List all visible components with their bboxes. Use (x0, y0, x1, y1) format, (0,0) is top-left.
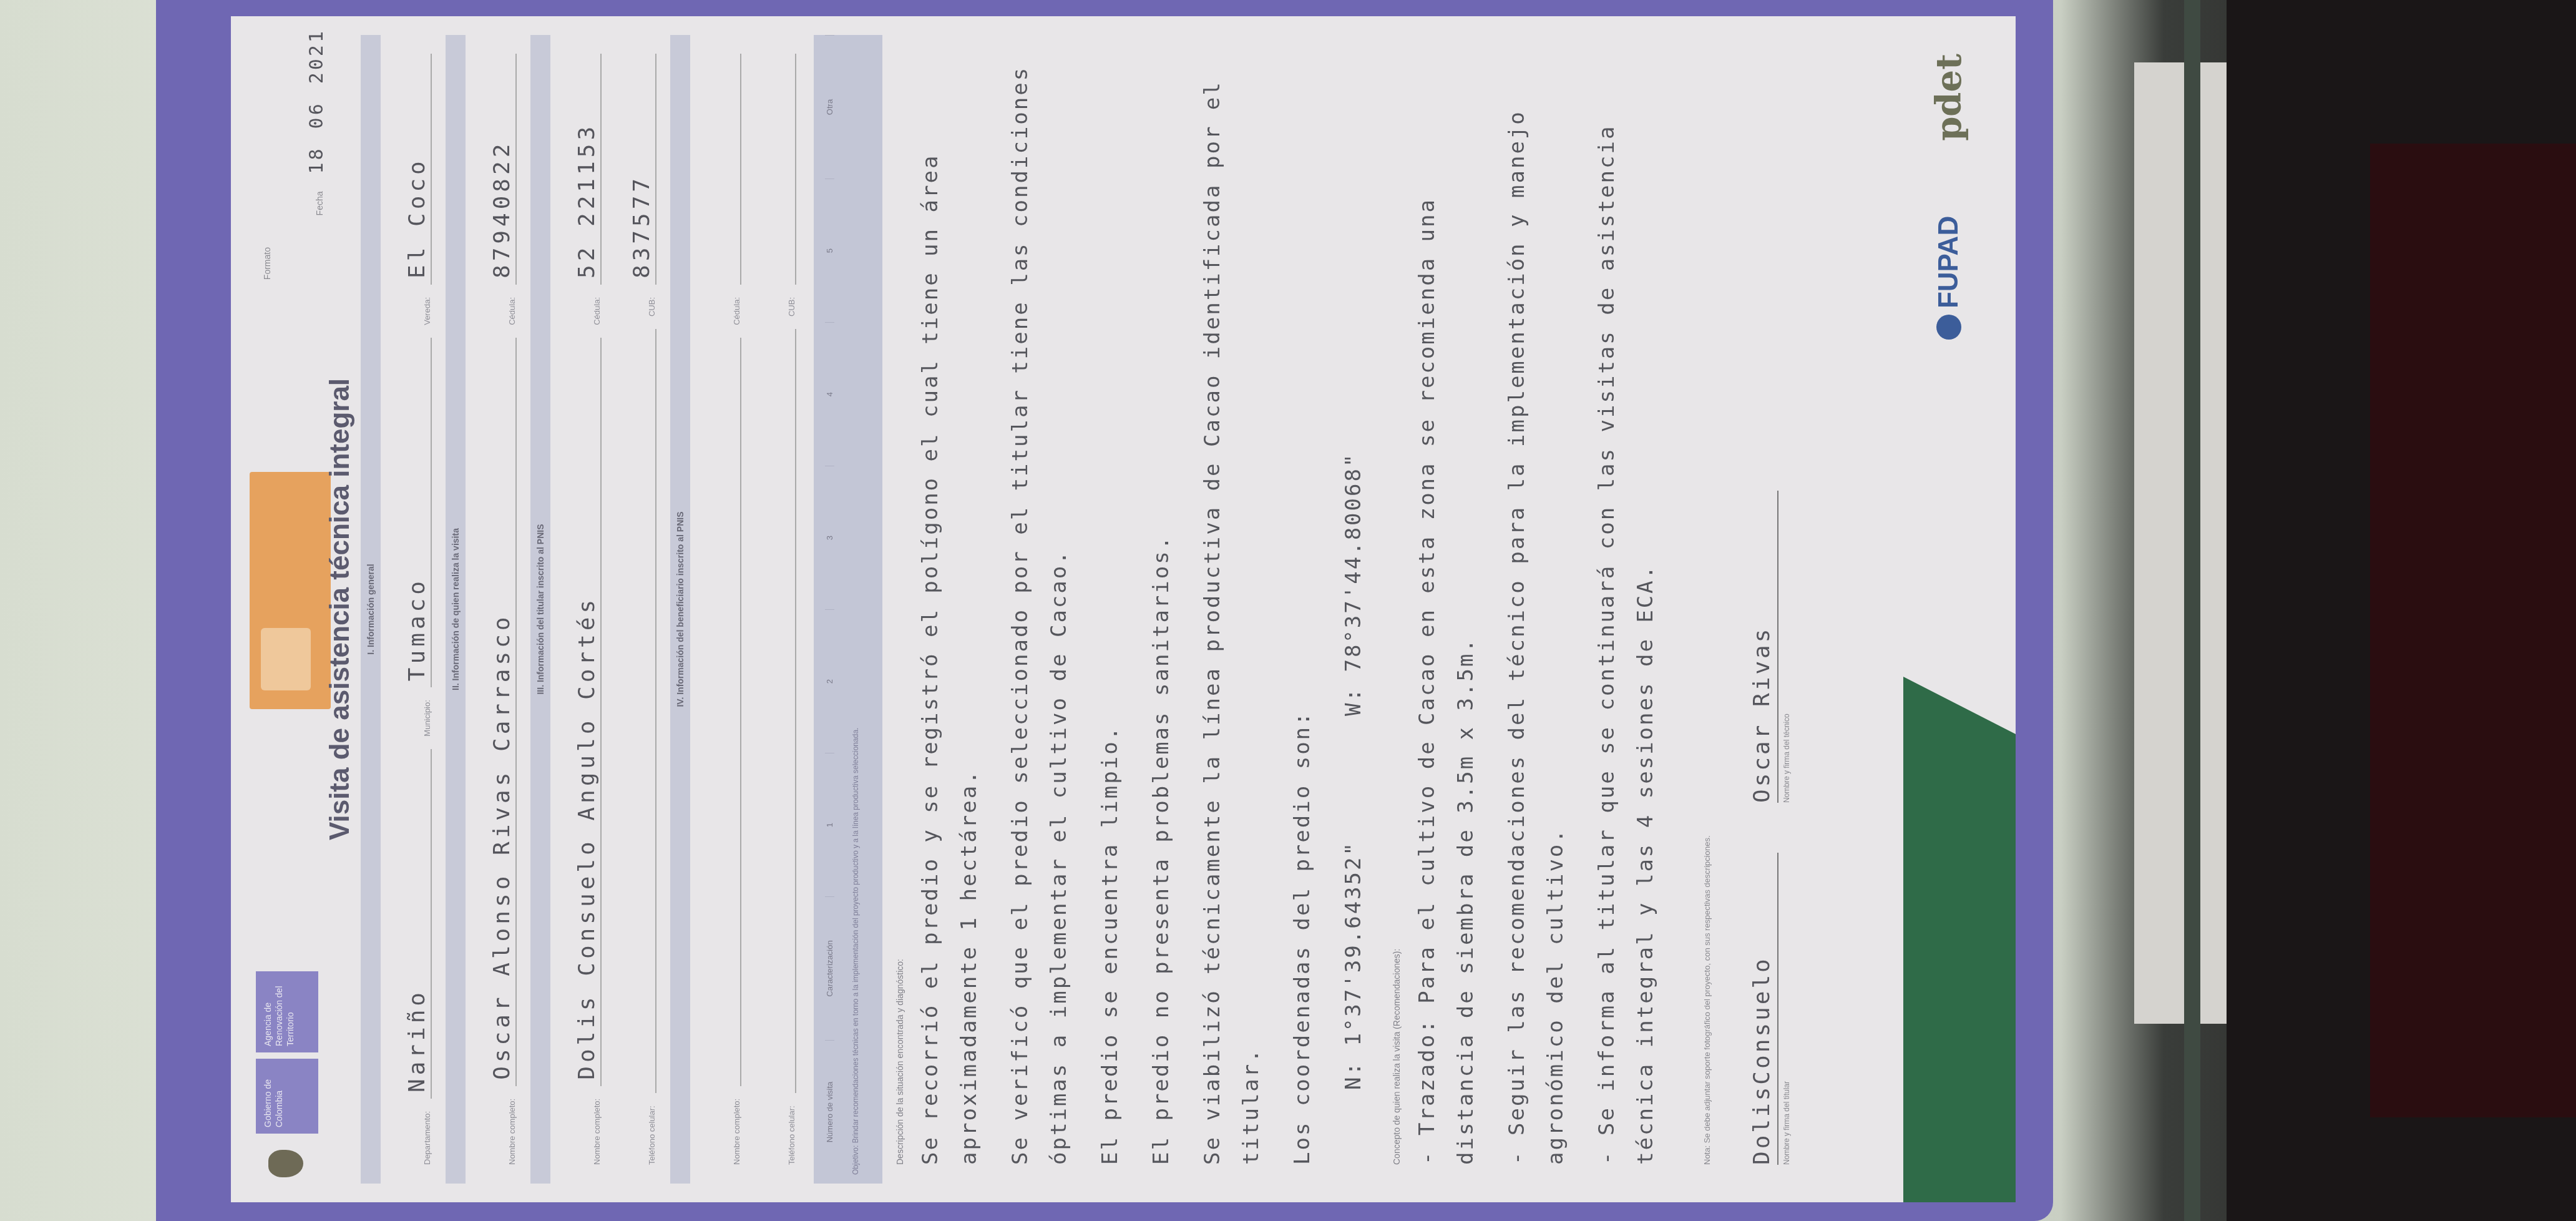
description-text[interactable]: Se recorrió el predio y se registró el p… (911, 54, 1373, 1165)
holder-signature-caption: Nombre y firma del titular (1782, 853, 1791, 1165)
form-page: Gobierno de Colombia Agencia de Renovaci… (231, 16, 2016, 1202)
beneficiary-contact-row: Teléfono celular: CUB: (750, 35, 805, 1184)
document-rotated: Gobierno de Colombia Agencia de Renovaci… (168, 0, 2041, 1221)
general-info-row: Departamento: Nariño Municipio: Tumaco V… (386, 35, 441, 1184)
fupad-logo-text: FUPAD (1933, 216, 1964, 308)
beneficiary-phone-field[interactable] (769, 329, 796, 1093)
visit-col-1[interactable]: 1 (825, 753, 834, 896)
fupad-logo: FUPAD (1933, 216, 1964, 340)
photo-support-note: Nota: Se debe adjuntar soporte fotográfi… (1702, 54, 1712, 1165)
technician-signature-caption: Nombre y firma del técnico (1782, 491, 1791, 803)
recommendation-item: - Se informa al titular que se continuar… (1588, 54, 1665, 1165)
beneficiary-cub-field[interactable] (769, 54, 796, 285)
recommendations-label: Concepto de quien realiza la visita (Rec… (1392, 54, 1402, 1165)
visit-objective-note: Objetivo: Brindar recomendaciones técnic… (845, 35, 866, 1184)
visitor-id-label: Cédula: (507, 297, 517, 325)
recommendations-text[interactable]: - Trazado: Para el cultivo de Cacao en e… (1408, 54, 1665, 1165)
coordinates: N: 1°37'39.64352" W: 78°37'44.80068" (1334, 54, 1373, 1165)
globe-icon (1936, 315, 1961, 340)
holder-signature[interactable]: DolisConsuelo (1749, 853, 1778, 1165)
gov-logo-right: Agencia de Renovación del Territorio (256, 971, 318, 1052)
municipality-field[interactable]: Tumaco (404, 338, 432, 687)
vereda-label: Vereda: (422, 297, 432, 325)
holder-phone-label: Teléfono celular: (647, 1106, 656, 1165)
visit-col-2[interactable]: 2 (825, 609, 834, 753)
beneficiary-id-label: Cédula: (732, 297, 741, 325)
format-label: Formato (262, 247, 272, 280)
visit-number-table: Número de visita Caracterización 1 2 3 4… (814, 35, 882, 1184)
holder-signature-block: DolisConsuelo Nombre y firma del titular (1749, 853, 1791, 1165)
pdet-logo: pdet (1928, 54, 1969, 141)
description-label: Descripción de la situación encontrada y… (895, 54, 905, 1165)
section-beneficiary-heading: IV. Información del beneficiario inscrit… (670, 35, 690, 1184)
recommendation-item: - Seguir las recomendaciones del técnico… (1498, 54, 1575, 1165)
page-title: Visita de asistencia técnica integral (324, 16, 356, 1202)
description-paragraph: Se recorrió el predio y se registró el p… (911, 54, 988, 1165)
visitor-name-field[interactable]: Oscar Alonso Rivas Carrasco (489, 338, 517, 1086)
description-paragraph: El predio no presenta problemas sanitari… (1142, 54, 1181, 1165)
holder-phone-field[interactable] (629, 329, 656, 1093)
document-header: Gobierno de Colombia Agencia de Renovaci… (231, 16, 356, 1202)
holder-contact-row: Teléfono celular: CUB: 837577 (610, 35, 665, 1184)
background-red-object (2370, 144, 2576, 1117)
visit-col-other[interactable]: Otra (825, 35, 834, 179)
document-footer: FUPAD pdet (1903, 16, 2016, 1202)
beneficiary-phone-label: Teléfono celular: (787, 1106, 796, 1165)
holder-name-field[interactable]: Dolis Consuelo Angulo Cortés (574, 338, 602, 1086)
visit-col-4[interactable]: 4 (825, 322, 834, 466)
holder-id-label: Cédula: (592, 297, 602, 325)
visit-col-number: Número de visita (825, 1040, 834, 1184)
gov-logo-left: Gobierno de Colombia (256, 1059, 318, 1134)
description-paragraph: Se verificó que el predio seleccionado p… (1001, 54, 1078, 1165)
beneficiary-name-label: Nombre completo: (732, 1099, 741, 1165)
visit-col-3[interactable]: 3 (825, 466, 834, 609)
beneficiary-name-field[interactable] (714, 338, 741, 1086)
recommendation-item: - Trazado: Para el cultivo de Cacao en e… (1408, 54, 1485, 1165)
coordinate-north: N: 1°37'39.64352" (1334, 841, 1373, 1090)
holder-id-field[interactable]: 52 221153 (574, 54, 602, 285)
municipality-label: Municipio: (422, 700, 432, 737)
description-paragraph: Los coordenadas del predio son: (1283, 54, 1322, 1165)
beneficiary-id-field[interactable] (714, 54, 741, 285)
visitor-id-field[interactable]: 87940822 (489, 54, 517, 285)
visitor-info-row: Nombre completo: Oscar Alonso Rivas Carr… (471, 35, 525, 1184)
section-general-heading: I. Información general (361, 35, 381, 1184)
form-sections: I. Información general Departamento: Nar… (361, 16, 805, 1202)
visitor-name-label: Nombre completo: (507, 1099, 517, 1165)
beneficiary-cub-label: CUB: (787, 297, 796, 316)
department-field[interactable]: Nariño (404, 749, 432, 1099)
technician-signature[interactable]: Oscar Rivas (1749, 491, 1778, 803)
coordinate-west: W: 78°37'44.80068" (1334, 453, 1373, 716)
footer-logos: FUPAD pdet (1928, 54, 1969, 340)
holder-cub-field[interactable]: 837577 (629, 54, 656, 285)
technician-signature-block: Oscar Rivas Nombre y firma del técnico (1749, 491, 1791, 803)
section-holder-heading: III. Información del titular inscrito al… (530, 35, 550, 1184)
background-frame-bar (2184, 0, 2200, 1221)
signature-row: DolisConsuelo Nombre y firma del titular… (1749, 54, 1791, 1165)
department-label: Departamento: (422, 1111, 432, 1165)
holder-info-row: Nombre completo: Dolis Consuelo Angulo C… (555, 35, 610, 1184)
description-paragraph: El predio se encuentra limpio. (1091, 54, 1129, 1165)
beneficiary-info-row: Nombre completo: Cédula: (695, 35, 750, 1184)
coat-of-arms-icon (268, 1150, 303, 1177)
section-visitor-heading: II. Información de quien realiza la visi… (446, 35, 466, 1184)
agency-logo-icon (250, 472, 331, 709)
vereda-field[interactable]: El Coco (404, 54, 432, 285)
holder-name-label: Nombre completo: (592, 1099, 602, 1165)
date-label: Fecha (315, 192, 324, 216)
visit-table-columns: Número de visita Caracterización 1 2 3 4… (814, 35, 845, 1184)
holder-cub-label: CUB: (647, 297, 656, 316)
visit-col-characterization: Caracterización (825, 896, 834, 1040)
visit-col-5[interactable]: 5 (825, 179, 834, 322)
description-paragraph: Se viabilizó técnicamente la línea produ… (1193, 54, 1271, 1165)
